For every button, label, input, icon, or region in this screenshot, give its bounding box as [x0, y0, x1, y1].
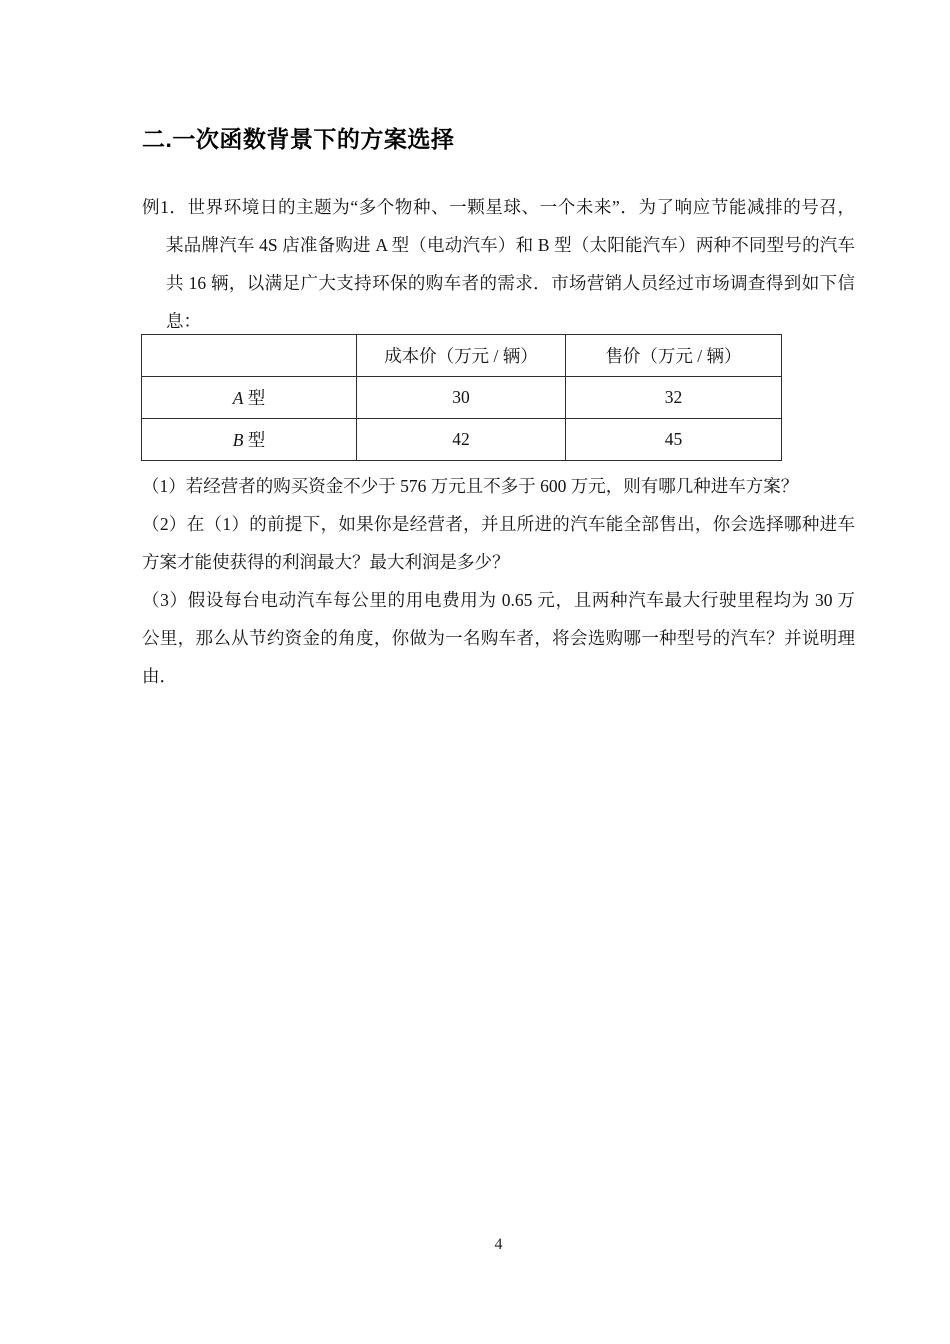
question-3-line-3: 由．: [142, 657, 855, 695]
table-header-row: 成本价（万元 / 辆） 售价（万元 / 辆）: [142, 335, 782, 377]
row-b-label: B 型: [142, 419, 357, 461]
page-number: 4: [142, 1236, 855, 1254]
question-2-line-1: （2）在（1）的前提下，如果你是经营者，并且所进的汽车能全部售出，你会选择哪种进…: [142, 505, 855, 543]
table-header-price: 售价（万元 / 辆）: [566, 335, 782, 377]
model-b-suffix: 型: [243, 430, 265, 450]
question-3-line-1: （3）假设每台电动汽车每公里的用电费用为 0.65 元，且两种汽车最大行驶里程均…: [142, 581, 855, 619]
row-a-cost: 30: [357, 377, 566, 419]
row-a-label: A 型: [142, 377, 357, 419]
model-a-letter: A: [233, 388, 244, 408]
model-a-suffix: 型: [243, 388, 265, 408]
example-line-2: 某品牌汽车 4S 店准备购进 A 型（电动汽车）和 B 型（太阳能汽车）两种不同…: [166, 226, 855, 264]
section-heading: 二.一次函数背景下的方案选择: [142, 121, 454, 154]
example-line-1: 例1．世界环境日的主题为“多个物种、一颗星球、一个未来”．为了响应节能减排的号召…: [142, 188, 855, 226]
table-row-model-a: A 型 30 32: [142, 377, 782, 419]
table-header-cost: 成本价（万元 / 辆）: [357, 335, 566, 377]
row-b-cost: 42: [357, 419, 566, 461]
row-a-price: 32: [566, 377, 782, 419]
example-paragraph: 例1．世界环境日的主题为“多个物种、一颗星球、一个未来”．为了响应节能减排的号召…: [142, 188, 855, 340]
question-1-line-1: （1）若经营者的购买资金不少于 576 万元且不多于 600 万元，则有哪几种进…: [142, 467, 855, 505]
document-page: 二.一次函数背景下的方案选择 例1．世界环境日的主题为“多个物种、一颗星球、一个…: [0, 0, 950, 1344]
example-line-3: 共 16 辆，以满足广大支持环保的购车者的需求．市场营销人员经过市场调查得到如下…: [166, 264, 855, 302]
price-table: 成本价（万元 / 辆） 售价（万元 / 辆） A 型 30 32 B 型 42 …: [141, 334, 782, 461]
question-3-line-2: 公里，那么从节约资金的角度，你做为一名购车者，将会选购哪一种型号的汽车？并说明理: [142, 619, 855, 657]
row-b-price: 45: [566, 419, 782, 461]
questions-paragraph: （1）若经营者的购买资金不少于 576 万元且不多于 600 万元，则有哪几种进…: [142, 467, 855, 695]
model-b-letter: B: [233, 430, 244, 450]
question-2-line-2: 方案才能使获得的利润最大？最大利润是多少？: [142, 543, 855, 581]
table-corner-cell: [142, 335, 357, 377]
table-row-model-b: B 型 42 45: [142, 419, 782, 461]
